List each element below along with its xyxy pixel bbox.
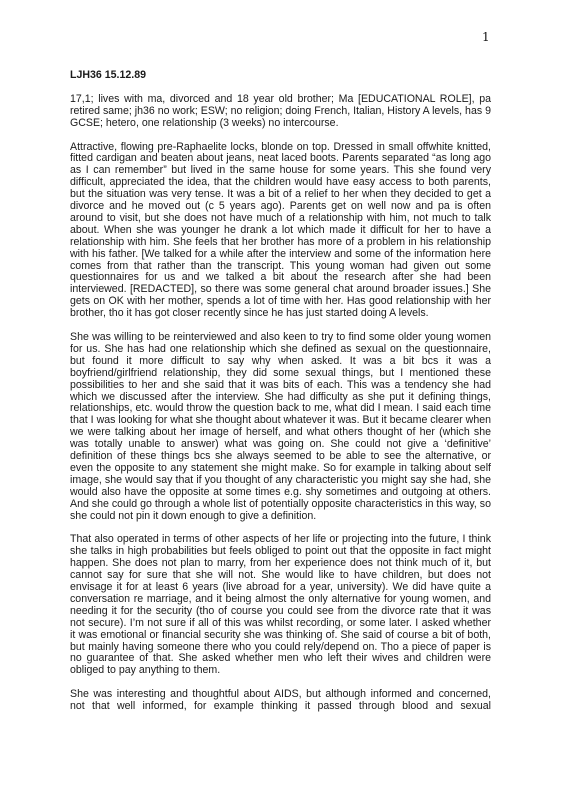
document-title: LJH36 15.12.89: [70, 70, 491, 82]
paragraph-demographics: 17,1; lives with ma, divorced and 18 yea…: [70, 94, 491, 130]
paragraph-relationships: She was willing to be reinterviewed and …: [70, 332, 491, 523]
paragraph-appearance-family: Attractive, flowing pre-Raphaelite locks…: [70, 142, 491, 321]
paragraph-future: That also operated in terms of other asp…: [70, 534, 491, 677]
page-number: 1: [482, 30, 490, 44]
paragraph-aids: She was interesting and thoughtful about…: [70, 689, 491, 713]
document-body: LJH36 15.12.89 17,1; lives with ma, divo…: [70, 70, 491, 725]
